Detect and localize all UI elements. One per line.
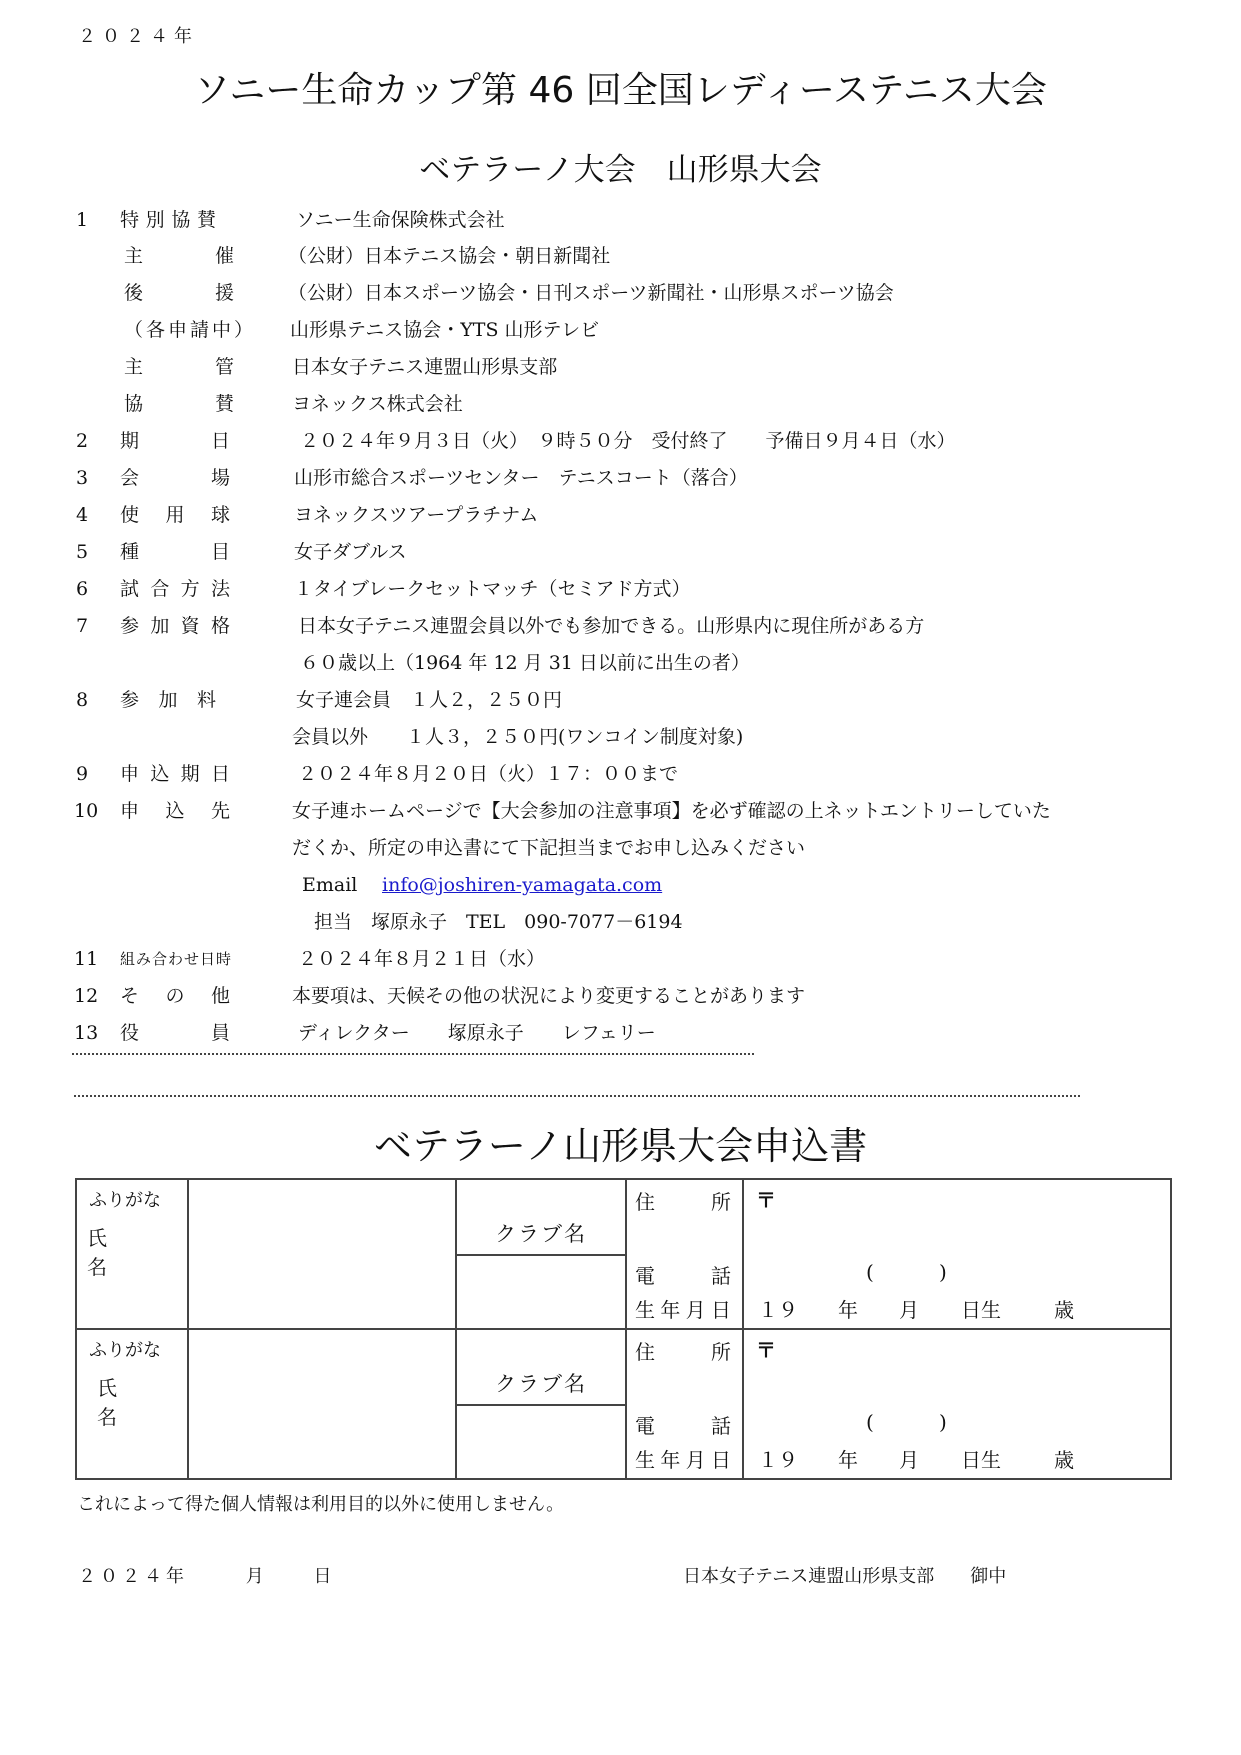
item-label: 申込期日 xyxy=(120,759,230,789)
item-value: （公財）日本テニス協会・朝日新聞社 xyxy=(288,241,610,271)
info-input-cell[interactable]: 〒 ( ) １９ 年 月 日生 歳 xyxy=(743,1329,1171,1479)
item-label: 主管 xyxy=(124,352,234,382)
date-day: 日 xyxy=(313,1566,335,1587)
birth-century: １９ xyxy=(758,1444,798,1473)
item-label: その他 xyxy=(120,981,230,1011)
info-label-cell: 住所 電話 生年月日 xyxy=(626,1179,743,1329)
club-label: クラブ名 xyxy=(457,1218,625,1248)
club-cell: クラブ名 xyxy=(456,1179,626,1329)
club-input[interactable] xyxy=(457,1406,625,1478)
name-label-cell: ふりがな 氏 名 xyxy=(76,1179,188,1329)
item-value: ヨネックスツアープラチナム xyxy=(294,500,538,530)
phone-paren-open: ( xyxy=(866,1260,874,1284)
item-value: 本要項は、天候その他の状況により変更することがあります xyxy=(292,981,805,1011)
item-value: １タイブレークセットマッチ（セミアド方式） xyxy=(294,574,691,604)
item-value: だくか、所定の申込書にて下記担当までお申し込みください xyxy=(292,833,805,863)
document-title: ソニー生命カップ第 46 回全国レディーステニス大会 xyxy=(0,62,1241,113)
item-value: 日本女子テニス連盟会員以外でも参加できる。山形県内に現住所がある方 xyxy=(298,611,924,641)
contact-person: 担当 塚原永子 TEL 090-7077－6194 xyxy=(314,907,683,937)
furigana-label: ふりがな xyxy=(89,1186,161,1212)
item-label: 後援 xyxy=(124,278,234,308)
address-label: 住所 xyxy=(635,1186,731,1215)
item-value: ディレクター 塚原永子 レフェリー xyxy=(298,1018,656,1048)
entry-row: ふりがな 氏 名 クラブ名 住所 電話 生年月日 〒 ( ) １９ 年 月 xyxy=(76,1179,1171,1329)
privacy-note: これによって得た個人情報は利用目的以外に使用しません。 xyxy=(77,1490,564,1516)
birth-year-label: 年 xyxy=(838,1294,858,1323)
item-value: （公財）日本スポーツ協会・日刊スポーツ新聞社・山形県スポーツ協会 xyxy=(288,278,894,308)
item-value: ２０２４年９月３日（火） ９時５０分 受付終了 予備日９月４日（水） xyxy=(300,426,956,456)
item-value: 日本女子テニス連盟山形県支部 xyxy=(292,352,557,382)
phone-paren-close: ) xyxy=(939,1260,947,1284)
address-label: 住所 xyxy=(635,1336,731,1365)
item-value: 女子連会員 １人２，２５０円 xyxy=(296,685,562,715)
entry-row: ふりがな 氏 名 クラブ名 住所 電話 生年月日 〒 ( ) １９ 年 月 xyxy=(76,1329,1171,1479)
club-cell: クラブ名 xyxy=(456,1329,626,1479)
info-input-cell[interactable]: 〒 ( ) １９ 年 月 日生 歳 xyxy=(743,1179,1171,1329)
item-label: 試合方法 xyxy=(120,574,230,604)
date-month: 月 xyxy=(246,1566,268,1587)
item-label: 種目 xyxy=(120,537,230,567)
item-label: 期日 xyxy=(120,426,230,456)
document-subtitle: ベテラーノ大会 山形県大会 xyxy=(0,144,1241,189)
birthdate-label: 生年月日 xyxy=(635,1294,731,1323)
application-form-table: ふりがな 氏 名 クラブ名 住所 電話 生年月日 〒 ( ) １９ 年 月 xyxy=(75,1178,1172,1480)
birth-century: １９ xyxy=(758,1294,798,1323)
item-value: ２０２４年８月２０日（火）１７：００まで xyxy=(298,759,678,789)
name-label: 氏 名 xyxy=(87,1222,187,1280)
birth-month-label: 月 xyxy=(899,1444,919,1473)
phone-paren-open: ( xyxy=(866,1410,874,1434)
item-label: 使用球 xyxy=(120,500,230,530)
birth-year-label: 年 xyxy=(838,1444,858,1473)
name-label: 氏 名 xyxy=(97,1372,187,1430)
item-number: 1 xyxy=(76,205,88,235)
item-value: ２０２４年８月２１日（水） xyxy=(298,944,545,974)
age-label: 歳 xyxy=(1054,1294,1074,1323)
item-label: 特別協賛 xyxy=(120,205,216,235)
email-label: Email xyxy=(302,870,357,900)
document-year: ２０２４年 xyxy=(78,22,198,48)
item-value: 山形県テニス協会・YTS 山形テレビ xyxy=(290,315,599,345)
item-label: 主催 xyxy=(124,241,234,271)
phone-label: 電話 xyxy=(635,1410,731,1439)
name-input-cell[interactable] xyxy=(188,1329,456,1479)
item-label: 申込先 xyxy=(120,796,230,826)
postal-mark-icon: 〒 xyxy=(756,1184,776,1213)
birth-day-label: 日生 xyxy=(961,1444,1001,1473)
club-label: クラブ名 xyxy=(457,1368,625,1398)
item-label: 参加資格 xyxy=(120,611,230,641)
birth-day-label: 日生 xyxy=(961,1294,1001,1323)
cut-line-divider xyxy=(74,1095,1080,1097)
phone-label: 電話 xyxy=(635,1260,731,1289)
item-label: （各申請中） xyxy=(124,315,236,345)
item-value: 山形市総合スポーツセンター テニスコート（落合） xyxy=(294,463,748,493)
date-year: ２０２４年 xyxy=(78,1566,188,1587)
form-title: ベテラーノ山形県大会申込書 xyxy=(0,1115,1241,1170)
item-label: 参加料 xyxy=(120,685,216,715)
item-label: 役員 xyxy=(120,1018,230,1048)
postal-mark-icon: 〒 xyxy=(756,1334,776,1363)
submission-date: ２０２４年 月 日 xyxy=(78,1562,335,1588)
name-input-cell[interactable] xyxy=(188,1179,456,1329)
item-label: 会場 xyxy=(120,463,230,493)
info-label-cell: 住所 電話 生年月日 xyxy=(626,1329,743,1479)
item-value: 会員以外 １人３，２５０円(ワンコイン制度対象) xyxy=(292,722,743,752)
birthdate-label: 生年月日 xyxy=(635,1444,731,1473)
phone-paren-close: ) xyxy=(939,1410,947,1434)
item-label: 協賛 xyxy=(124,389,234,419)
item-value: ６０歳以上（1964 年 12 月 31 日以前に出生の者） xyxy=(300,648,750,678)
furigana-label: ふりがな xyxy=(89,1336,161,1362)
addressee: 日本女子テニス連盟山形県支部 御中 xyxy=(683,1562,1006,1588)
age-label: 歳 xyxy=(1054,1444,1074,1473)
name-label-cell: ふりがな 氏 名 xyxy=(76,1329,188,1479)
club-input[interactable] xyxy=(457,1256,625,1328)
item-value: 女子ダブルス xyxy=(294,537,407,567)
birth-month-label: 月 xyxy=(899,1294,919,1323)
item-value: ヨネックス株式会社 xyxy=(292,389,463,419)
item-value: ソニー生命保険株式会社 xyxy=(296,205,505,235)
item-label: 組み合わせ日時 xyxy=(120,944,232,974)
item-value: 女子連ホームページで【大会参加の注意事項】を必ず確認の上ネットエントリーしていた xyxy=(292,796,1051,826)
email-link[interactable]: info@joshiren-yamagata.com xyxy=(382,870,662,900)
dotted-underline xyxy=(72,1053,754,1055)
